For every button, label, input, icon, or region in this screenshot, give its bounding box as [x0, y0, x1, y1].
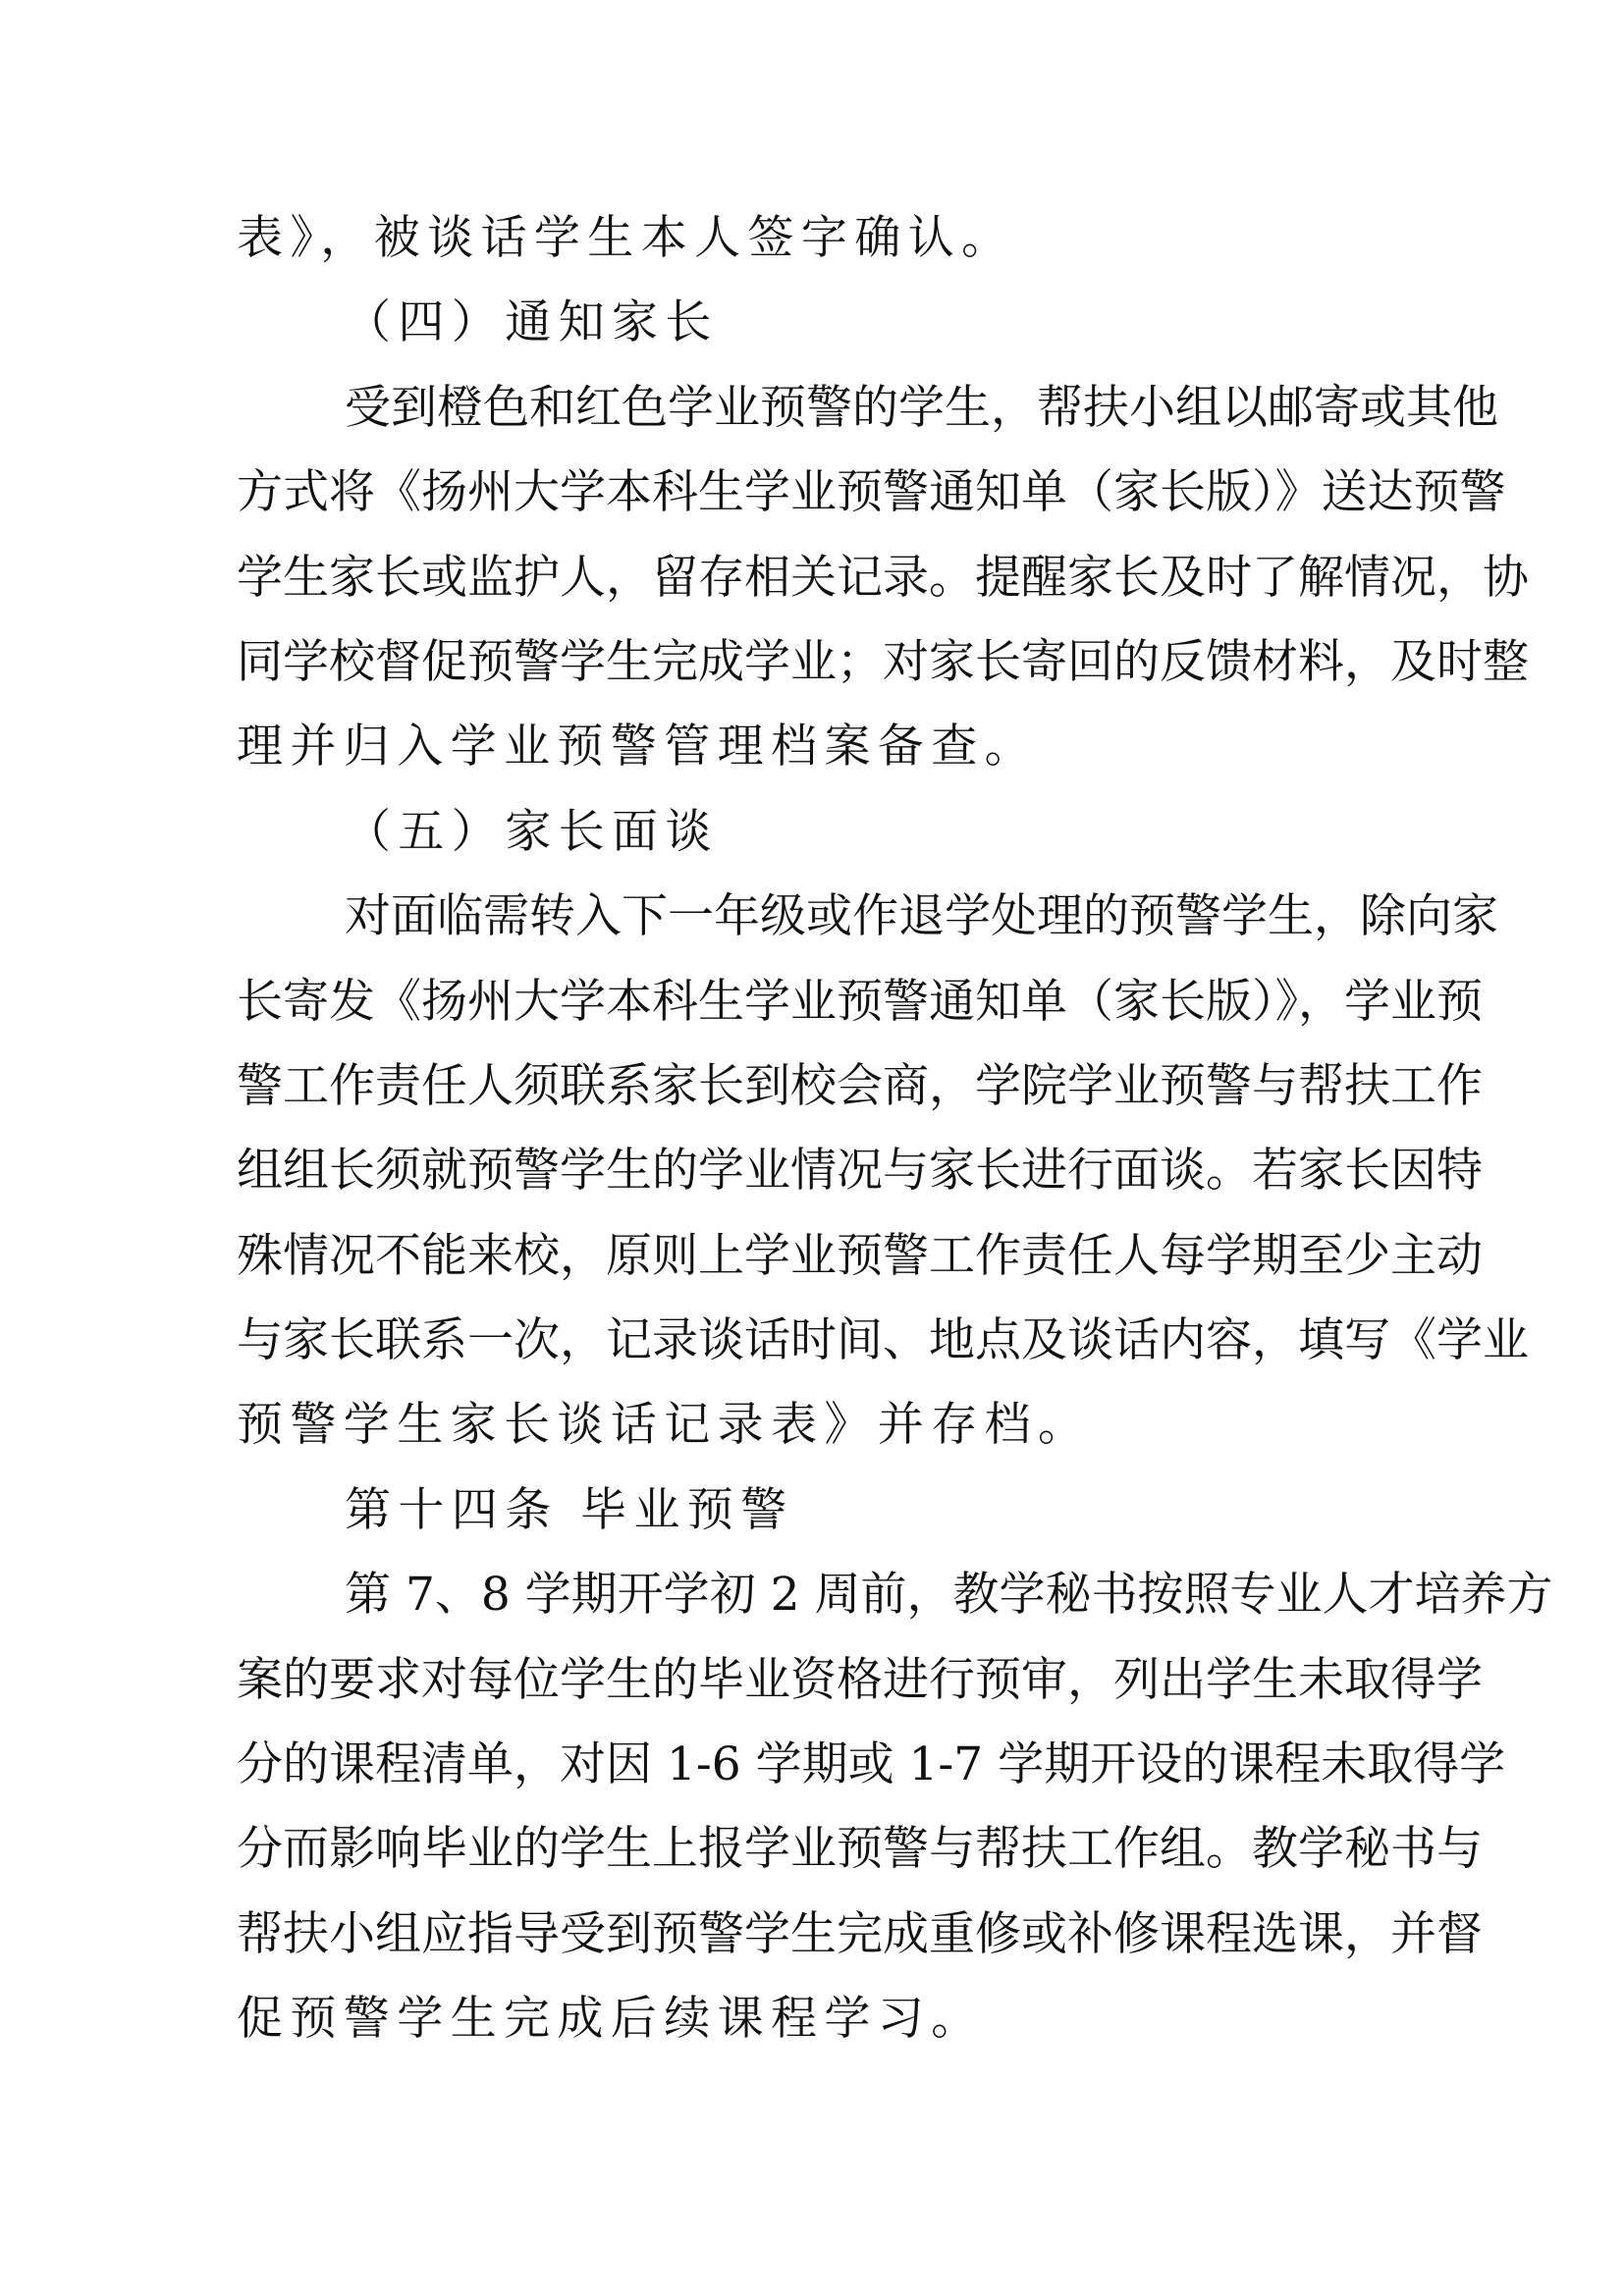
paragraph-line: 案的要求对每位学生的毕业资格进行预审，列出学生未取得学 — [237, 1646, 1433, 1731]
paragraph-line: 方式将《扬州大学本科生学业预警通知单（家长版）》送达预警 — [237, 458, 1433, 543]
section-heading-notify-parents: （四）通知家长 — [237, 289, 1433, 373]
paragraph-line: 第 7、8 学期开学初 2 周前，教学秘书按照专业人才培养方 — [237, 1561, 1433, 1645]
paragraph-line: 殊情况不能来校，原则上学业预警工作责任人每学期至少主动 — [237, 1222, 1433, 1307]
text-line-continuation: 表》，被谈话学生本人签字确认。 — [237, 204, 1433, 289]
article-heading-graduation-warning: 第十四条 毕业预警 — [237, 1476, 1433, 1561]
paragraph-line: 理并归入学业预警管理档案备查。 — [237, 713, 1433, 797]
document-page: 表》，被谈话学生本人签字确认。 （四）通知家长 受到橙色和红色学业预警的学生，帮… — [237, 204, 1433, 2070]
section-heading-parent-interview: （五）家长面谈 — [237, 798, 1433, 882]
paragraph-line: 促预警学生完成后续课程学习。 — [237, 1985, 1433, 2069]
paragraph-line: 受到橙色和红色学业预警的学生，帮扶小组以邮寄或其他 — [237, 374, 1433, 458]
paragraph-line: 警工作责任人须联系家长到校会商，学院学业预警与帮扶工作 — [237, 1052, 1433, 1137]
paragraph-line: 对面临需转入下一年级或作退学处理的预警学生，除向家 — [237, 882, 1433, 967]
paragraph-line: 分的课程清单，对因 1-6 学期或 1-7 学期开设的课程未取得学 — [237, 1731, 1433, 1815]
paragraph-line: 长寄发《扬州大学本科生学业预警通知单（家长版）》，学业预 — [237, 968, 1433, 1052]
paragraph-line: 分而影响毕业的学生上报学业预警与帮扶工作组。教学秘书与 — [237, 1815, 1433, 1899]
paragraph-line: 同学校督促预警学生完成学业；对家长寄回的反馈材料，及时整 — [237, 628, 1433, 713]
paragraph-line: 与家长联系一次，记录谈话时间、地点及谈话内容，填写《学业 — [237, 1307, 1433, 1391]
paragraph-line: 组组长须就预警学生的学业情况与家长进行面谈。若家长因特 — [237, 1137, 1433, 1221]
paragraph-line: 预警学生家长谈话记录表》并存档。 — [237, 1391, 1433, 1475]
paragraph-line: 学生家长或监护人，留存相关记录。提醒家长及时了解情况，协 — [237, 544, 1433, 628]
paragraph-line: 帮扶小组应指导受到预警学生完成重修或补修课程选课，并督 — [237, 1900, 1433, 1985]
